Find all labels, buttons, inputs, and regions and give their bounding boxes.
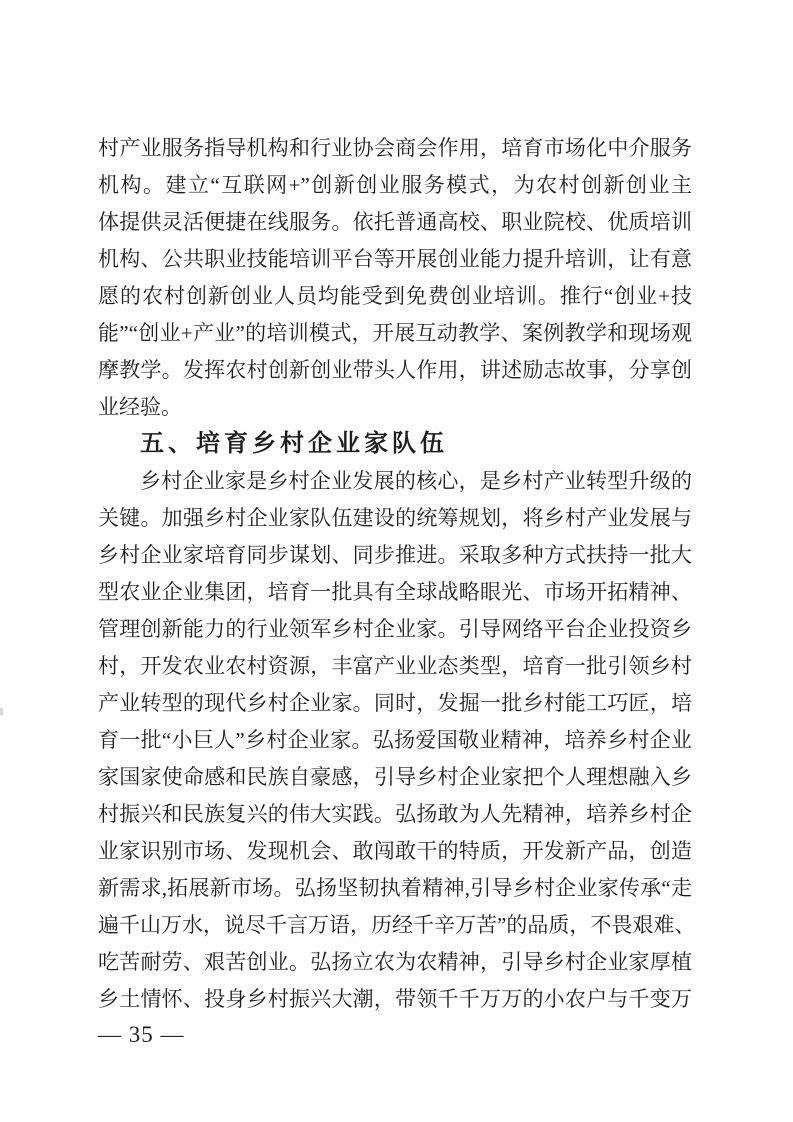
text-line: 管理创新能力的行业领军乡村企业家。引导网络平台企业投资乡	[98, 611, 692, 648]
text-line: 业家识别市场、发现机会、敢闯敢干的特质，开发新产品，创造	[98, 833, 692, 870]
text-line: 型农业企业集团，培育一批具有全球战略眼光、市场开拓精神、	[98, 574, 692, 611]
page-number: — 35 —	[98, 1022, 185, 1048]
text-line: 乡村企业家是乡村企业发展的核心，是乡村产业转型升级的	[98, 463, 692, 500]
text-line: 吃苦耐劳、艰苦创业。弘扬立农为农精神，引导乡村企业家厚植	[98, 944, 692, 981]
text-line: 机构、公共职业技能培训平台等开展创业能力提升培训，让有意	[98, 241, 692, 278]
text-line: 遍千山万水，说尽千言万语，历经千辛万苦”的品质，不畏艰难、	[98, 907, 692, 944]
section-heading: 五、培育乡村企业家队伍	[98, 426, 692, 463]
text-line: 关键。加强乡村企业家队伍建设的统筹规划，将乡村产业发展与	[98, 500, 692, 537]
text-line: 新需求,拓展新市场。弘扬坚韧执着精神,引导乡村企业家传承“走	[98, 870, 692, 907]
text-line: 育一批“小巨人”乡村企业家。弘扬爱国敬业精神，培养乡村企业	[98, 722, 692, 759]
text-line: 业经验。	[98, 389, 692, 426]
text-line: 愿的农村创新创业人员均能受到免费创业培训。推行“创业+技	[98, 278, 692, 315]
text-line: 机构。建立“互联网+”创新创业服务模式，为农村创新创业主	[98, 167, 692, 204]
scan-speck-left-edge	[0, 708, 3, 715]
text-line: 能”“创业+产业”的培训模式，开展互动教学、案例教学和现场观	[98, 315, 692, 352]
text-line: 乡村企业家培育同步谋划、同步推进。采取多种方式扶持一批大	[98, 537, 692, 574]
text-line: 体提供灵活便捷在线服务。依托普通高校、职业院校、优质培训	[98, 204, 692, 241]
text-line: 家国家使命感和民族自豪感，引导乡村企业家把个人理想融入乡	[98, 759, 692, 796]
document-body: 村产业服务指导机构和行业协会商会作用，培育市场化中介服务机构。建立“互联网+”创…	[98, 130, 692, 1018]
text-line: 产业转型的现代乡村企业家。同时，发掘一批乡村能工巧匠，培	[98, 685, 692, 722]
text-line: 村产业服务指导机构和行业协会商会作用，培育市场化中介服务	[98, 130, 692, 167]
text-line: 村振兴和民族复兴的伟大实践。弘扬敢为人先精神，培养乡村企	[98, 796, 692, 833]
text-line: 乡土情怀、投身乡村振兴大潮，带领千千万万的小农户与千变万	[98, 981, 692, 1018]
text-line: 村，开发农业农村资源，丰富产业业态类型，培育一批引领乡村	[98, 648, 692, 685]
document-page: 村产业服务指导机构和行业协会商会作用，培育市场化中介服务机构。建立“互联网+”创…	[0, 0, 793, 1122]
text-line: 摩教学。发挥农村创新创业带头人作用，讲述励志故事，分享创	[98, 352, 692, 389]
